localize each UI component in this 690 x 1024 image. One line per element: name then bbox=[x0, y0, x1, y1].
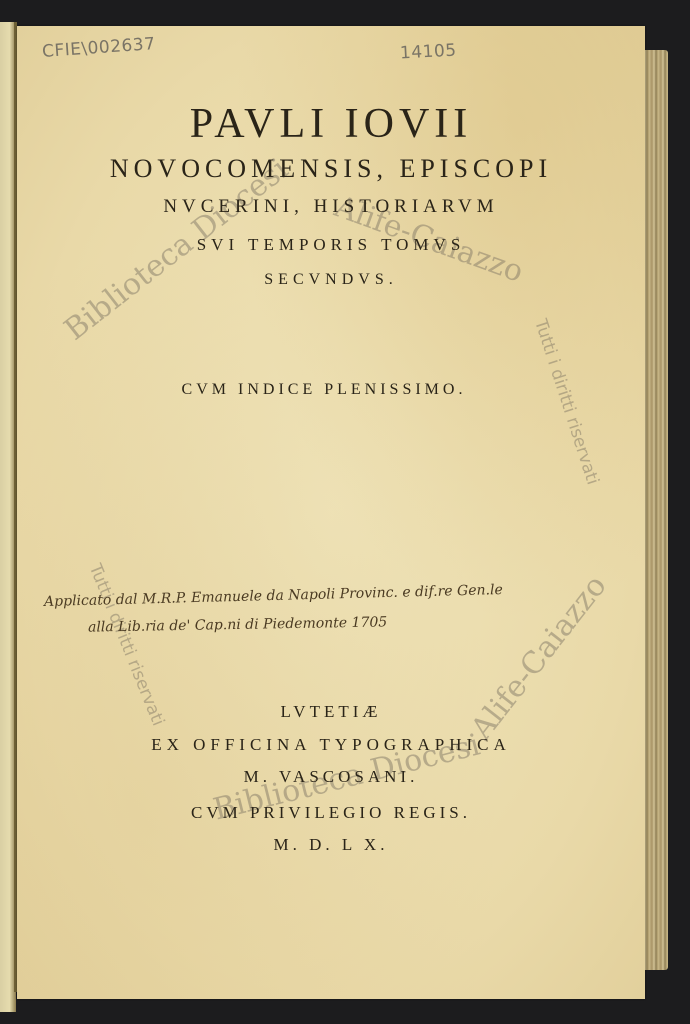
subtitle: CVM INDICE PLENISSIMO. bbox=[10, 381, 638, 399]
imprint-place: LVTETIÆ bbox=[17, 702, 645, 722]
title-author: PAVLI IOVII bbox=[17, 100, 645, 148]
title-line-2: NOVOCOMENSIS, EPISCOPI bbox=[17, 154, 645, 184]
title-line-5: SECVNDVS. bbox=[17, 271, 645, 289]
shelfmark-right: 14105 bbox=[400, 41, 458, 64]
imprint-printer: M. VASCOSANI. bbox=[17, 767, 645, 787]
imprint-privilege: CVM PRIVILEGIO REGIS. bbox=[17, 803, 645, 823]
title-line-3: NVCERINI, HISTORIARVM bbox=[17, 196, 645, 218]
imprint-date: M. D. L X. bbox=[17, 835, 645, 855]
imprint-press: EX OFFICINA TYPOGRAPHICA bbox=[17, 735, 645, 755]
title-line-4: SVI TEMPORIS TOMVS bbox=[17, 235, 645, 255]
